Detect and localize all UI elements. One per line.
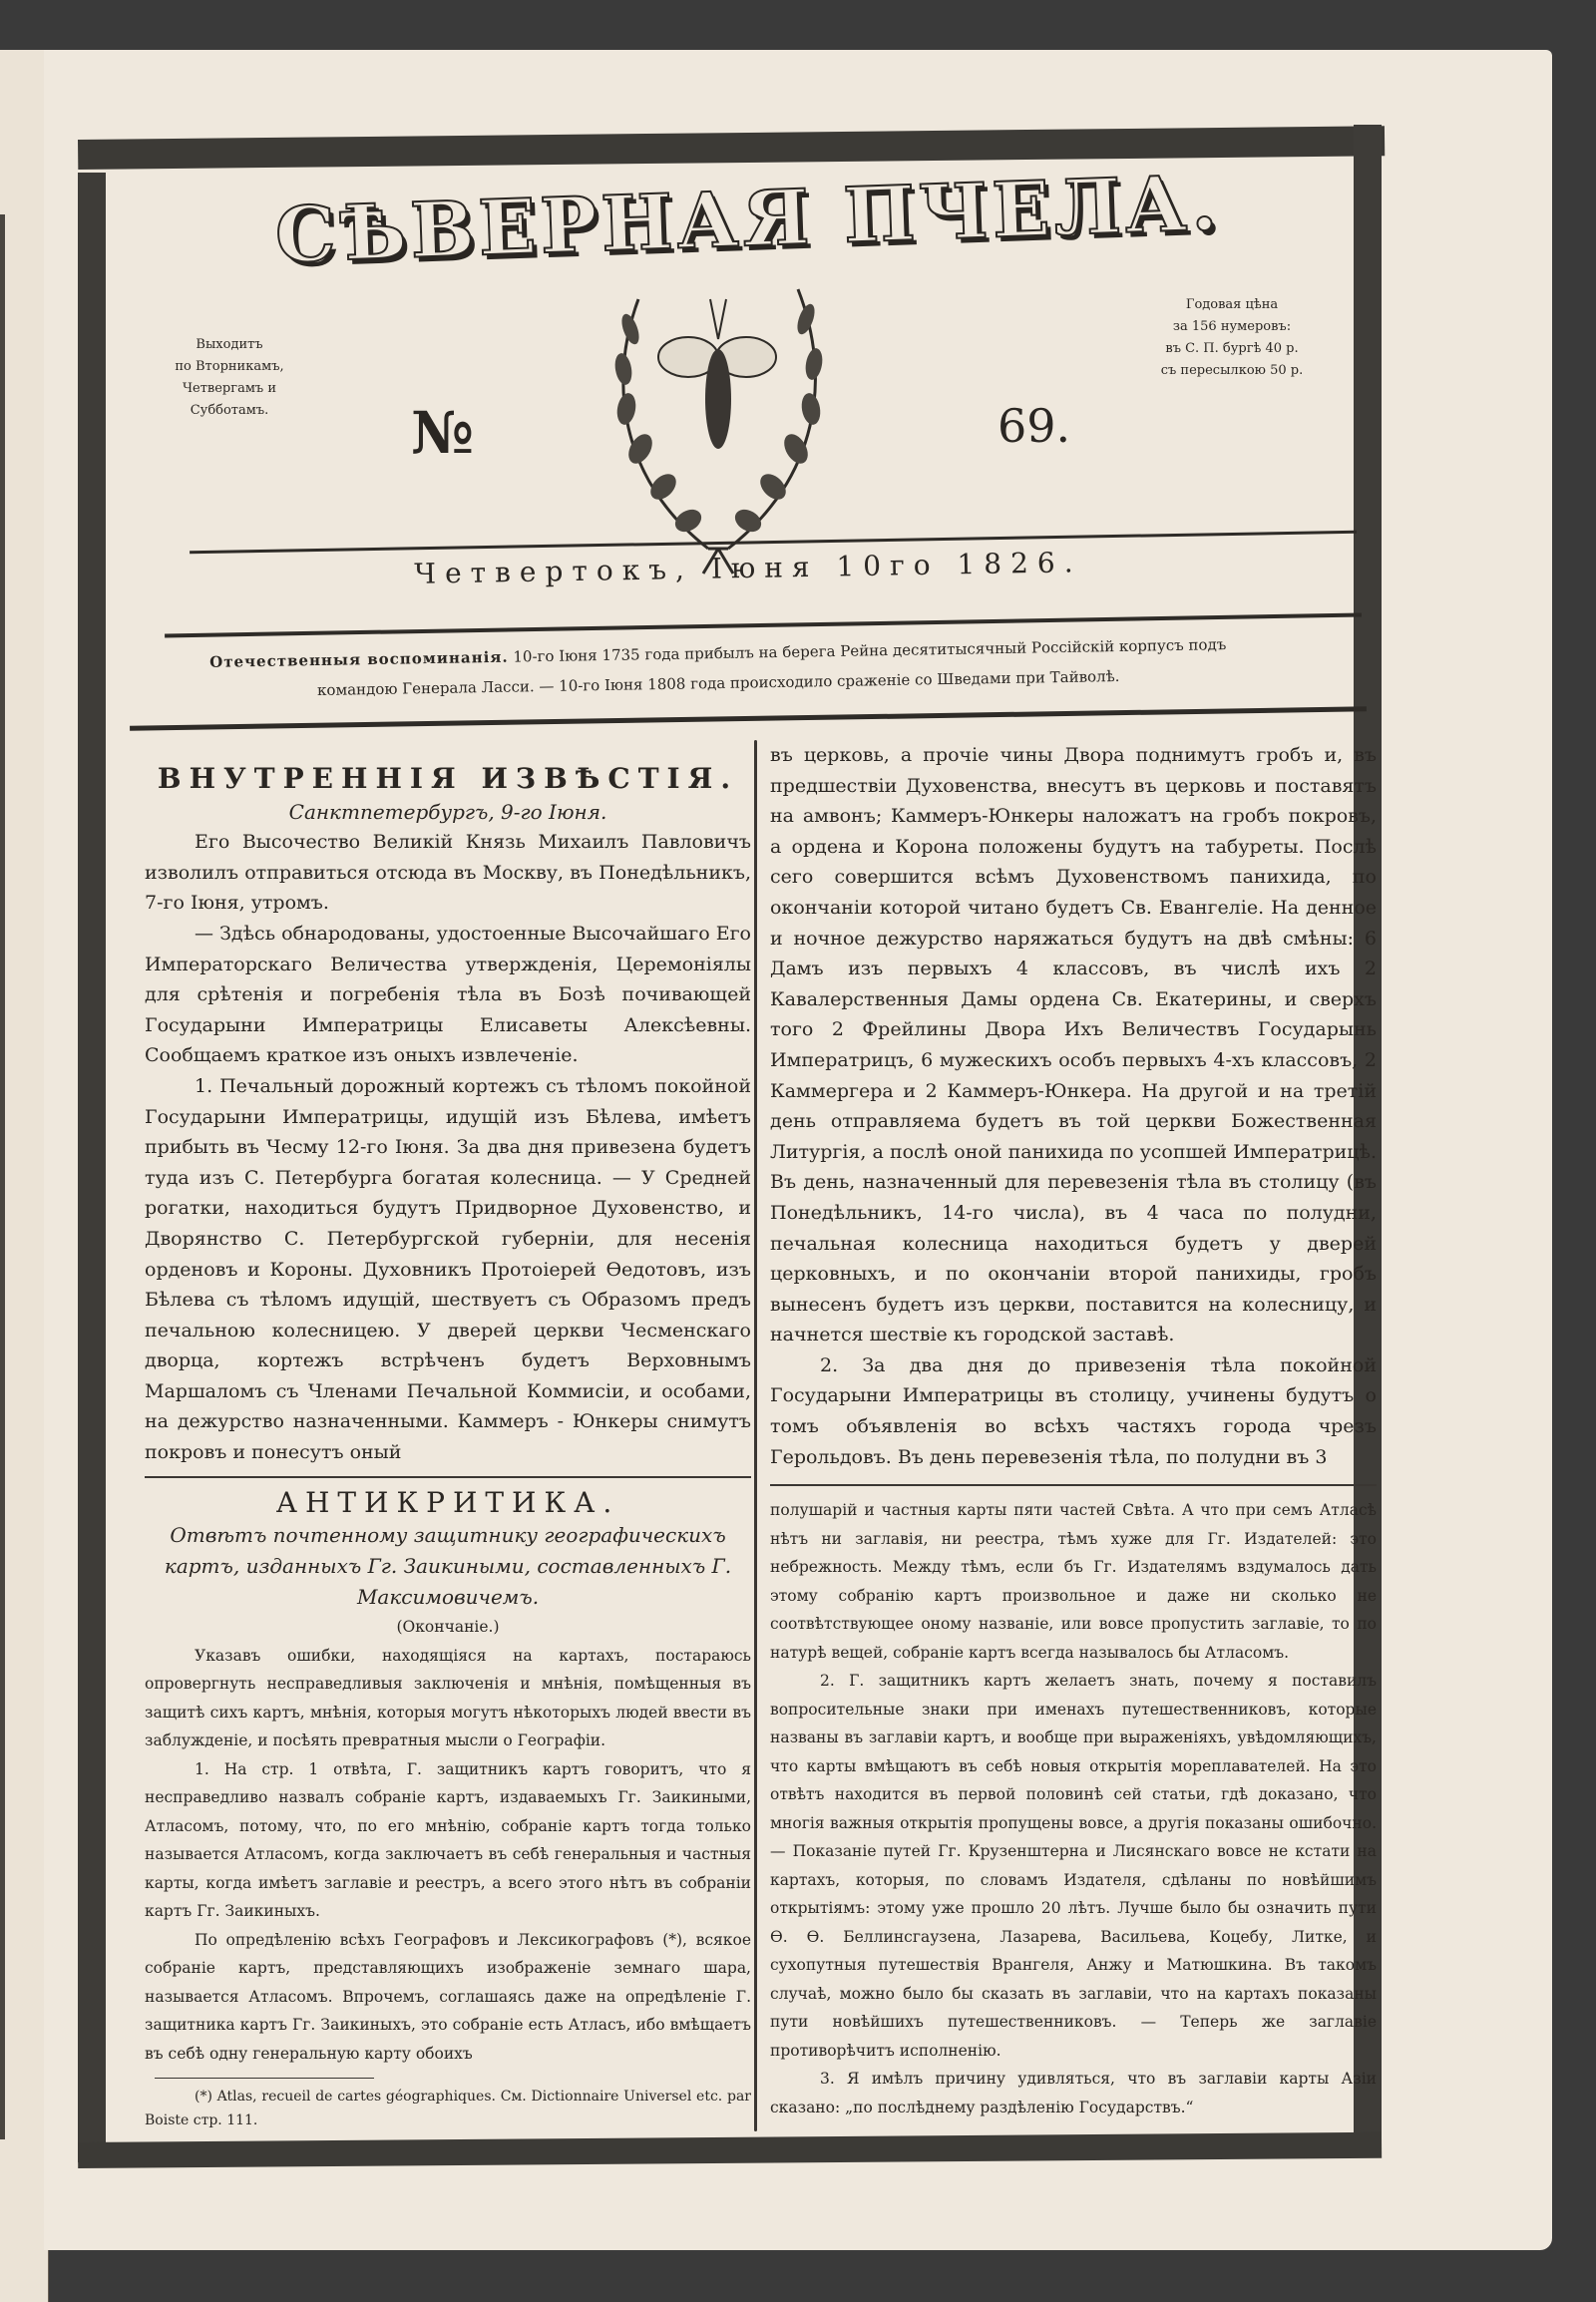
adjacent-page-edge [0, 50, 49, 2302]
continuation-note: (Окончаніе.) [145, 1613, 751, 1642]
memories-label: Отечественныя воспоминанія. [209, 648, 509, 671]
annual-price: Годовая цѣна за 156 нумеровъ: въ С. П. б… [1132, 294, 1332, 382]
column-divider [754, 740, 757, 2131]
article-paragraph: 1. Печальный дорожный кортежъ съ тѣломъ … [145, 1071, 751, 1468]
article-paragraph: По опредѣленію всѣхъ Географовъ и Лексик… [145, 1926, 751, 2069]
section-title-domestic-news: ВНУТРЕННІЯ ИЗВѢСТІЯ. [145, 764, 751, 795]
article-paragraph: Его Высочество Великій Князь Михаилъ Пав… [145, 827, 751, 919]
price-line: съ пересылкою 50 р. [1132, 360, 1332, 382]
article-paragraph: 3. Я имѣлъ причину удивляться, что въ за… [770, 2065, 1377, 2121]
price-line: въ С. П. бургѣ 40 р. [1132, 338, 1332, 360]
right-column: въ церковь, а прочіе чины Двора поднимут… [770, 740, 1377, 2121]
section-divider [770, 1484, 1377, 1486]
article-subtitle: Отвѣтъ почтенному защитнику географическ… [145, 1520, 751, 1613]
issue-number: 69. [997, 399, 1070, 453]
schedule-line: Четвергамъ и [145, 378, 314, 400]
article-paragraph: 2. Г. защитникъ картъ желаетъ знать, поч… [770, 1667, 1377, 2065]
article-paragraph: — Здѣсь обнародованы, удостоенные Высоча… [145, 919, 751, 1071]
schedule-line: по Вторникамъ, [145, 356, 314, 378]
publication-schedule: Выходитъ по Вторникамъ, Четвергамъ и Суб… [145, 334, 314, 422]
footnote: (*) Atlas, recueil de cartes géographiqu… [145, 2085, 751, 2132]
adjacent-page-border [0, 214, 5, 2139]
dateline: Санктпетербургъ, 9-го Iюня. [145, 797, 751, 828]
section-divider [145, 1476, 751, 1478]
article-paragraph: полушарій и частныя карты пяти частей Св… [770, 1496, 1377, 1667]
bee-wreath-icon [569, 259, 868, 578]
article-paragraph: 1. На стр. 1 отвѣта, Г. защитникъ картъ … [145, 1755, 751, 1926]
numero-sign: № [411, 399, 474, 467]
article-paragraph: 2. За два дня до привезенія тѣла покойно… [770, 1350, 1377, 1472]
schedule-line: Субботамъ. [145, 400, 314, 422]
price-line: за 156 нумеровъ: [1132, 316, 1332, 338]
article-paragraph: въ церковь, а прочіе чины Двора поднимут… [770, 740, 1377, 1350]
frame-border-left [78, 173, 106, 2162]
section-title-anticriticism: АНТИКРИТИКА. [145, 1488, 751, 1519]
schedule-line: Выходитъ [145, 334, 314, 356]
price-line: Годовая цѣна [1132, 294, 1332, 316]
left-column: ВНУТРЕННІЯ ИЗВѢСТІЯ. Санктпетербургъ, 9-… [145, 758, 751, 2132]
footnote-rule [155, 2078, 374, 2079]
article-paragraph: Указавъ ошибки, находящіяся на картахъ, … [145, 1642, 751, 1755]
